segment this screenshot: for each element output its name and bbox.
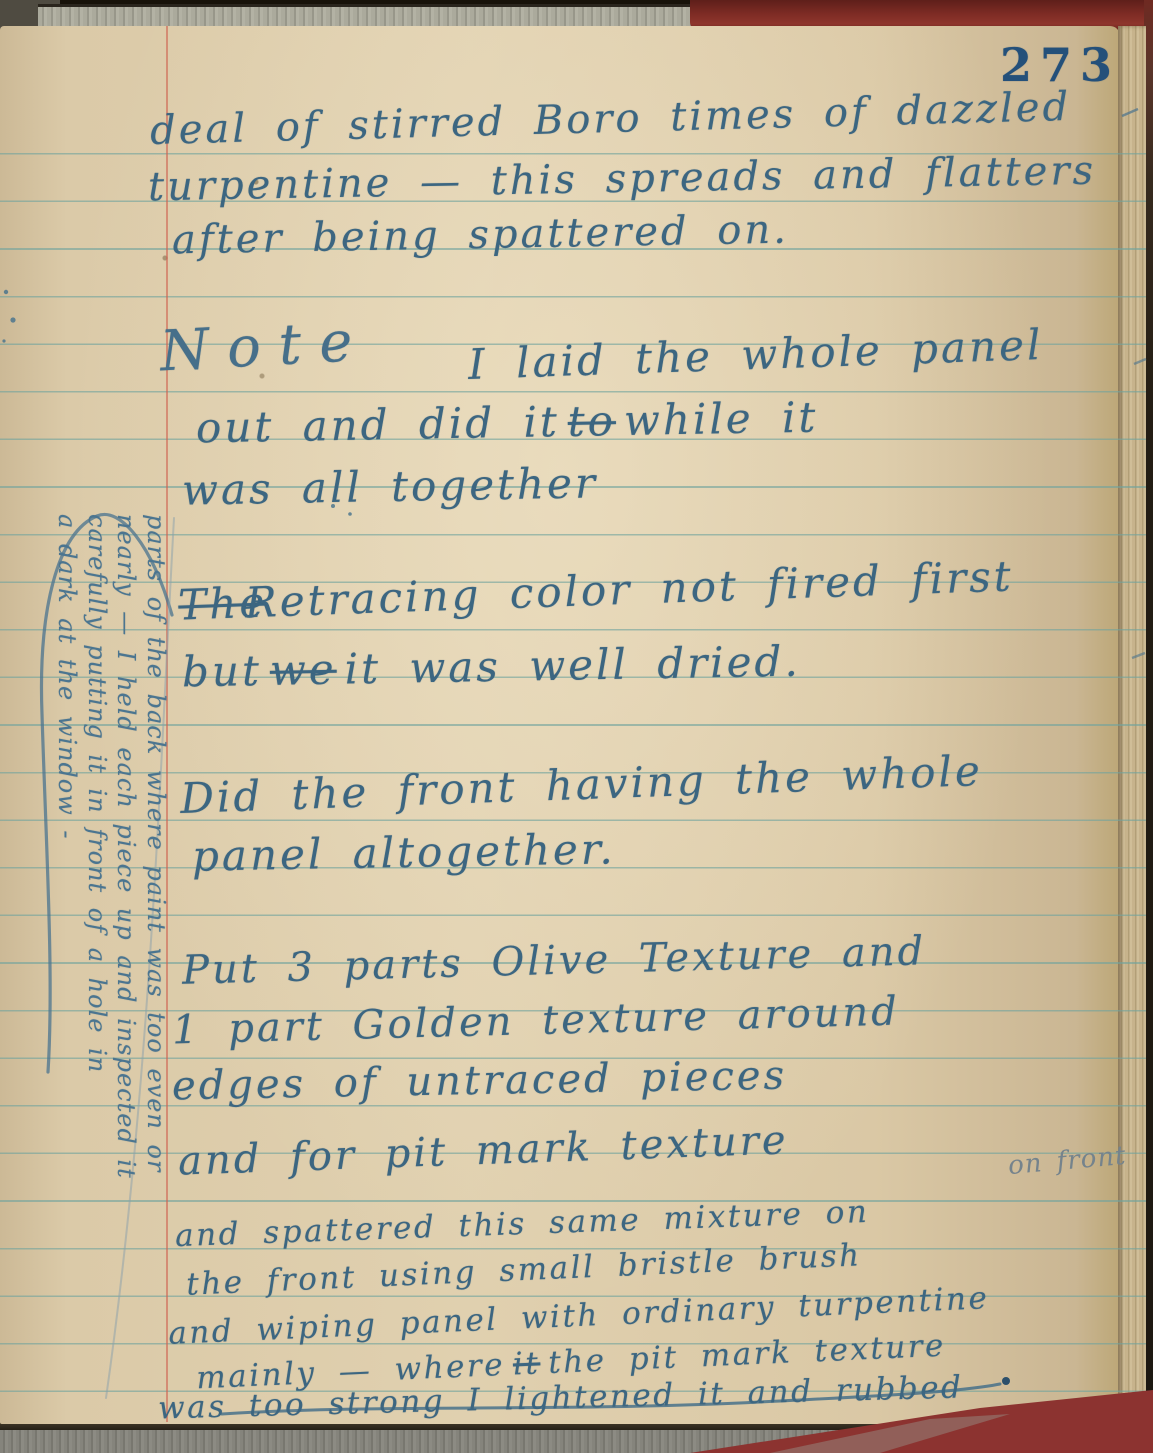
ink-speck-5 xyxy=(348,512,352,516)
margin-note: parts of the back where paint was too ev… xyxy=(50,514,170,1402)
page-edge-ink-tick-3 xyxy=(1132,653,1145,658)
handwriting-line: panel altogether. xyxy=(192,824,616,880)
margin-note-line: carefully putting it in front of a hole … xyxy=(82,514,112,1402)
line-text: while it xyxy=(623,393,818,445)
margin-note-line: parts of the back where paint was too ev… xyxy=(141,514,171,1402)
ink-speck-1 xyxy=(4,290,8,294)
margin-note-line: a dark at the window - xyxy=(52,514,82,1402)
struck-word: to xyxy=(567,396,616,446)
ink-dot xyxy=(1002,1377,1010,1385)
page-edge-ink-tick-2 xyxy=(1134,359,1146,364)
notebook-scan: 273 deal of stirred Boro times of dazzle… xyxy=(0,0,1153,1453)
struck-word: it xyxy=(512,1345,541,1382)
ink-speck-3 xyxy=(2,339,5,342)
line-text: but xyxy=(182,646,263,696)
ink-speck-2 xyxy=(10,317,15,322)
line-text: out and did it xyxy=(196,397,561,452)
struck-word: we xyxy=(269,645,337,695)
line-text: it was well dried. xyxy=(344,637,801,694)
note-heading: Note xyxy=(158,309,371,385)
handwriting-line: was all together xyxy=(182,458,599,514)
page-edge-ink-tick-1 xyxy=(1122,109,1138,116)
margin-note-line: nearly — I held each piece up and inspec… xyxy=(111,514,141,1402)
